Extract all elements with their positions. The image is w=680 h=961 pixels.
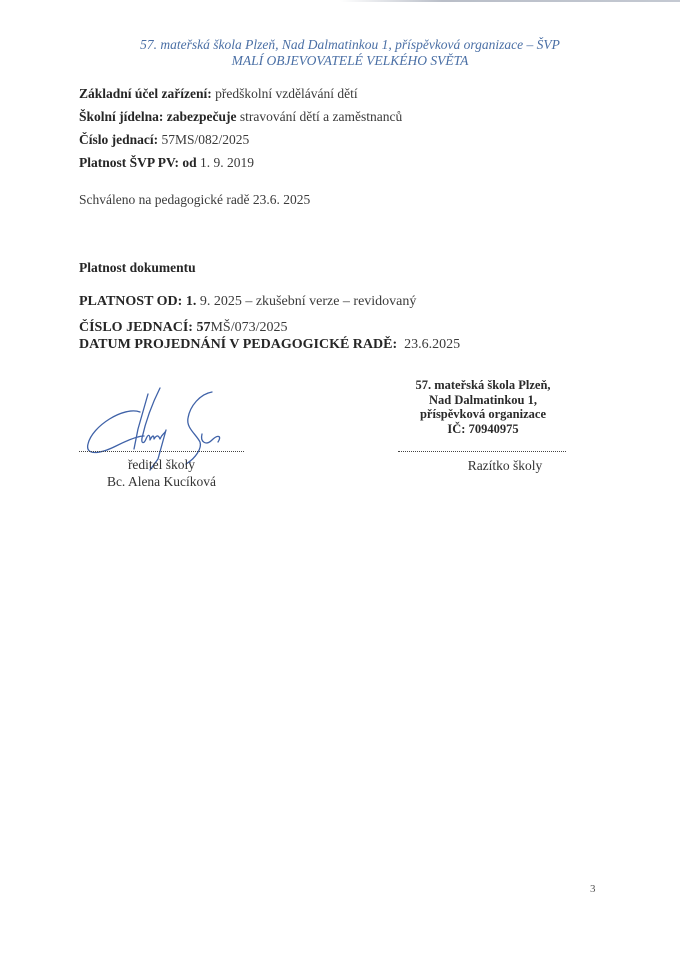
info-label: Školní jídelna:	[79, 109, 163, 124]
stamp-caption: Razítko školy	[430, 458, 580, 474]
info-label: Platnost ŠVP PV:	[79, 155, 179, 170]
header-school-name: 57. mateřská škola Plzeň, Nad Dalmatinko…	[0, 37, 680, 53]
document-header: 57. mateřská škola Plzeň, Nad Dalmatinko…	[0, 37, 680, 69]
info-value: 57MS/082/2025	[158, 132, 249, 147]
validity-reference: ČÍSLO JEDNACÍ: 57MŠ/073/2025	[79, 320, 287, 336]
scan-edge-line	[340, 0, 680, 2]
validity-heading: Platnost dokumentu	[79, 260, 196, 276]
info-label: Základní účel zařízení:	[79, 86, 212, 101]
validity-from: PLATNOST OD: 1. 9. 2025 – zkušební verze…	[79, 294, 416, 310]
info-canteen: Školní jídelna: zabezpečuje stravování d…	[79, 109, 402, 125]
info-purpose: Základní účel zařízení: předškolní vzděl…	[79, 86, 358, 102]
validity-meeting-date: DATUM PROJEDNÁNÍ V PEDAGOGICKÉ RADĚ: 23.…	[79, 337, 460, 353]
info-label: Číslo jednací:	[79, 132, 158, 147]
school-stamp: 57. mateřská škola Plzeň, Nad Dalmatinko…	[400, 378, 566, 436]
info-validity: Platnost ŠVP PV: od 1. 9. 2019	[79, 155, 254, 171]
stamp-dotted-line	[398, 451, 566, 452]
info-value: předškolní vzdělávání dětí	[212, 86, 358, 101]
signature-name: Bc. Alena Kucíková	[79, 474, 244, 490]
page-number: 3	[590, 883, 596, 895]
info-value: 1. 9. 2019	[197, 155, 254, 170]
signature-role: ředitel školy	[79, 457, 244, 473]
info-value: stravování dětí a zaměstnanců	[237, 109, 403, 124]
info-reference-number: Číslo jednací: 57MS/082/2025	[79, 132, 249, 148]
signature-dotted-line	[79, 451, 244, 452]
approval-note: Schváleno na pedagogické radě 23.6. 2025	[79, 192, 310, 208]
header-program-title: MALÍ OBJEVOVATELÉ VELKÉHO SVĚTA	[0, 53, 680, 69]
